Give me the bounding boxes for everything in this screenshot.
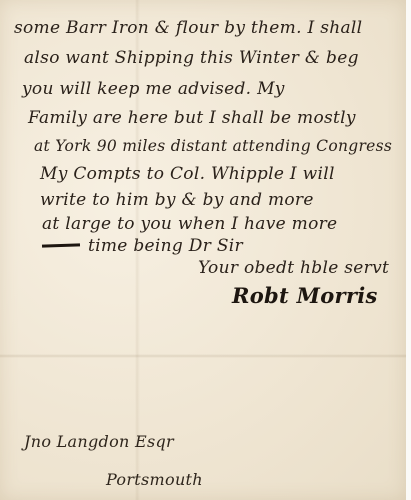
letter-page: some Barr Iron & flour by them. I shall …	[0, 0, 407, 500]
letter-line-6: My Compts to Col. Whipple I will	[40, 164, 335, 184]
letter-line-4: Family are here but I shall be mostly	[28, 108, 356, 128]
struck-out-word	[42, 243, 80, 247]
letter-line-9: time being Dr Sir	[88, 236, 243, 256]
letter-line-7: write to him by & by and more	[40, 190, 314, 210]
scan-margin	[406, 0, 411, 500]
addressee-name: Jno Langdon Esqr	[24, 432, 174, 451]
letter-line-3: you will keep me advised. My	[22, 79, 285, 99]
addressee-place: Portsmouth	[106, 470, 203, 489]
letter-line-1: some Barr Iron & flour by them. I shall	[14, 18, 362, 38]
signature: Robt Morris	[232, 283, 378, 308]
letter-closing: Your obedt hble servt	[198, 258, 389, 278]
letter-line-2: also want Shipping this Winter & beg	[24, 48, 359, 68]
letter-line-5: at York 90 miles distant attending Congr…	[34, 137, 392, 155]
letter-line-8: at large to you when I have more	[42, 214, 337, 234]
